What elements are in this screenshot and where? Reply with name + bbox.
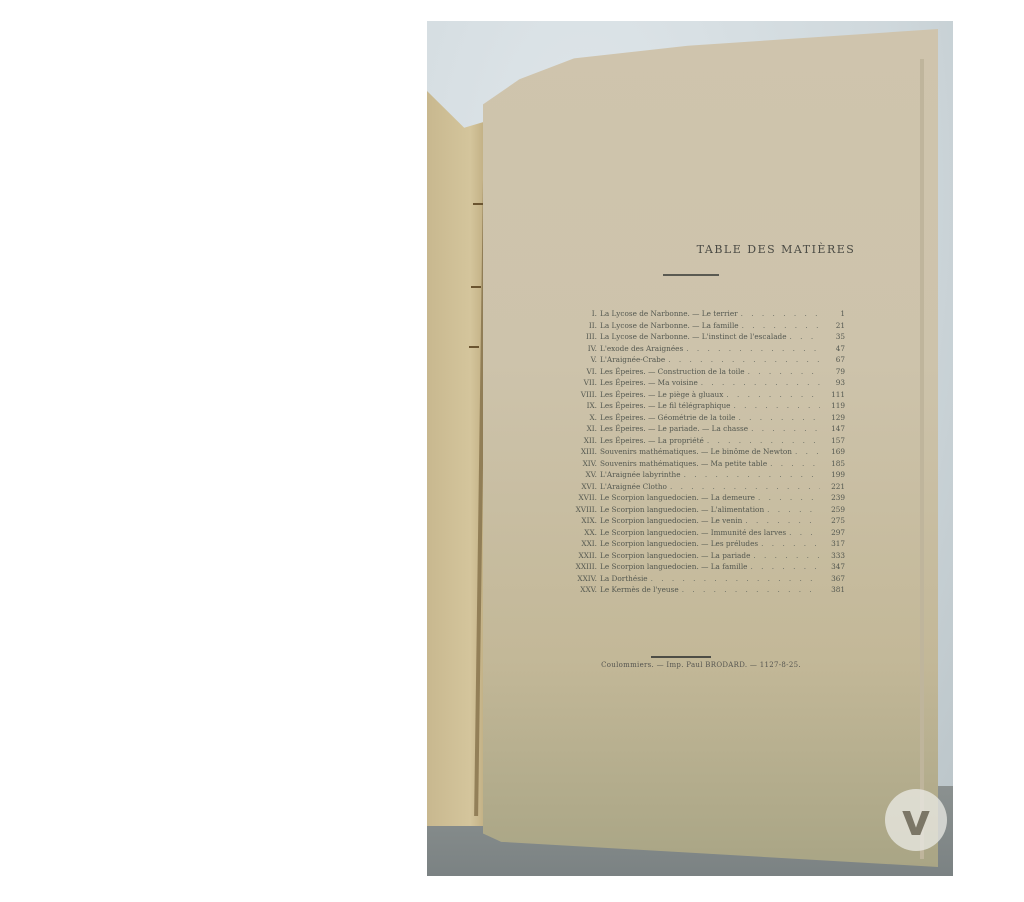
chapter-title: Les Épeires. — Géométrie de la toile [600, 412, 735, 424]
chapter-number: XV. [545, 469, 600, 481]
chapter-number: XVII. [545, 492, 600, 504]
chapter-number: VIII. [545, 389, 600, 401]
page-number: 259 [823, 504, 845, 516]
toc-entry: III.La Lycose de Narbonne. — L'instinct … [545, 331, 845, 343]
chapter-number: XXIII. [545, 561, 600, 573]
chapter-title: Les Épeires. — Le pariade. — La chasse [600, 423, 748, 435]
toc-entry: XXII.Le Scorpion languedocien. — La pari… [545, 550, 845, 562]
chapter-number: VI. [545, 366, 600, 378]
chapter-title: La Lycose de Narbonne. — Le terrier [600, 308, 738, 320]
book-photo: TABLE DES MATIÈRES I.La Lycose de Narbon… [427, 21, 953, 876]
toc-entry: II.La Lycose de Narbonne. — La famille. … [545, 320, 845, 332]
chapter-number: I. [545, 308, 600, 320]
leader-dots: . . . . . . . . . . . . . . . . . . . . … [726, 389, 820, 401]
binding-stitch-icon [473, 203, 483, 205]
leader-dots: . . . . . . . . . . . . . . . . . . . . … [741, 308, 820, 320]
leader-dots: . . . . . . . . . . . . . . . . . . . . … [789, 527, 820, 539]
page-number: 317 [823, 538, 845, 550]
chapter-title: Les Épeires. — La propriété [600, 435, 704, 447]
leader-dots: . . . . . . . . . . . . . . . . . . . . … [767, 504, 820, 516]
leader-dots: . . . . . . . . . . . . . . . . . . . . … [686, 343, 820, 355]
toc-entry: XII.Les Épeires. — La propriété. . . . .… [545, 435, 845, 447]
toc-entry: XX.Le Scorpion languedocien. — Immunité … [545, 527, 845, 539]
leader-dots: . . . . . . . . . . . . . . . . . . . . … [701, 377, 820, 389]
binding-stitch-icon [471, 286, 481, 288]
page-number: 347 [823, 561, 845, 573]
leader-dots: . . . . . . . . . . . . . . . . . . . . … [748, 366, 820, 378]
page-number: 47 [823, 343, 845, 355]
leader-dots: . . . . . . . . . . . . . . . . . . . . … [758, 492, 820, 504]
leader-dots: . . . . . . . . . . . . . . . . . . . . … [753, 550, 820, 562]
chapter-title: Le Scorpion languedocien. — Les préludes [600, 538, 758, 550]
chapter-number: IV. [545, 343, 600, 355]
chapter-title: L'Araignée labyrinthe [600, 469, 681, 481]
leader-dots: . . . . . . . . . . . . . . . . . . . . … [790, 331, 820, 343]
page-number: 93 [823, 377, 845, 389]
leader-dots: . . . . . . . . . . . . . . . . . . . . … [745, 515, 820, 527]
toc-entry: XXIII.Le Scorpion languedocien. — La fam… [545, 561, 845, 573]
toc-entry: VIII.Les Épeires. — Le piège à gluaux. .… [545, 389, 845, 401]
page-number: 35 [823, 331, 845, 343]
chapter-number: II. [545, 320, 600, 332]
chapter-number: XVIII. [545, 504, 600, 516]
toc-entry: XI.Les Épeires. — Le pariade. — La chass… [545, 423, 845, 435]
chapter-title: Le Scorpion languedocien. — La demeure [600, 492, 755, 504]
chapter-number: XXV. [545, 584, 600, 596]
chapter-title: Le Scorpion languedocien. — La pariade [600, 550, 750, 562]
chapter-number: XXIV. [545, 573, 600, 585]
table-of-contents: I.La Lycose de Narbonne. — Le terrier. .… [545, 308, 845, 596]
chapter-title: La Lycose de Narbonne. — La famille [600, 320, 739, 332]
leader-dots: . . . . . . . . . . . . . . . . . . . . … [670, 481, 820, 493]
leader-dots: . . . . . . . . . . . . . . . . . . . . … [751, 561, 820, 573]
chapter-number: IX. [545, 400, 600, 412]
page-number: 199 [823, 469, 845, 481]
leader-dots: . . . . . . . . . . . . . . . . . . . . … [668, 354, 820, 366]
leader-dots: . . . . . . . . . . . . . . . . . . . . … [770, 458, 820, 470]
leader-dots: . . . . . . . . . . . . . . . . . . . . … [738, 412, 820, 424]
toc-entry: XIX.Le Scorpion languedocien. — Le venin… [545, 515, 845, 527]
vivastreet-logo-icon: v [885, 789, 947, 851]
leader-dots: . . . . . . . . . . . . . . . . . . . . … [682, 584, 820, 596]
chapter-title: Souvenirs mathématiques. — Le binôme de … [600, 446, 792, 458]
chapter-number: XXI. [545, 538, 600, 550]
toc-entry: I.La Lycose de Narbonne. — Le terrier. .… [545, 308, 845, 320]
chapter-title: L'Araignée-Crabe [600, 354, 665, 366]
page-number: 381 [823, 584, 845, 596]
chapter-number: XIV. [545, 458, 600, 470]
toc-entry: XIII.Souvenirs mathématiques. — Le binôm… [545, 446, 845, 458]
toc-entry: XVIII.Le Scorpion languedocien. — L'alim… [545, 504, 845, 516]
chapter-title: La Lycose de Narbonne. — L'instinct de l… [600, 331, 787, 343]
chapter-number: XIX. [545, 515, 600, 527]
page-number: 239 [823, 492, 845, 504]
chapter-number: XII. [545, 435, 600, 447]
page-number: 147 [823, 423, 845, 435]
chapter-title: La Dorthésie [600, 573, 648, 585]
toc-entry: XXIV.La Dorthésie. . . . . . . . . . . .… [545, 573, 845, 585]
chapter-title: Souvenirs mathématiques. — Ma petite tab… [600, 458, 767, 470]
page-title: TABLE DES MATIÈRES [611, 243, 941, 256]
chapter-number: XIII. [545, 446, 600, 458]
chapter-number: III. [545, 331, 600, 343]
title-divider [663, 274, 719, 276]
leader-dots: . . . . . . . . . . . . . . . . . . . . … [651, 573, 820, 585]
leader-dots: . . . . . . . . . . . . . . . . . . . . … [707, 435, 820, 447]
chapter-title: Les Épeires. — Le piège à gluaux [600, 389, 723, 401]
page-number: 169 [823, 446, 845, 458]
page-number: 67 [823, 354, 845, 366]
chapter-number: X. [545, 412, 600, 424]
chapter-number: XXII. [545, 550, 600, 562]
printer-colophon: Coulommiers. — Imp. Paul BRODARD. — 1127… [571, 661, 831, 669]
chapter-title: Le Scorpion languedocien. — L'alimentati… [600, 504, 764, 516]
toc-entry: XXI.Le Scorpion languedocien. — Les prél… [545, 538, 845, 550]
page-number: 111 [823, 389, 845, 401]
toc-entry: IX.Les Épeires. — Le fil télégraphique. … [545, 400, 845, 412]
footer-divider [651, 656, 711, 658]
page-number: 367 [823, 573, 845, 585]
page-number: 275 [823, 515, 845, 527]
toc-entry: V.L'Araignée-Crabe. . . . . . . . . . . … [545, 354, 845, 366]
leader-dots: . . . . . . . . . . . . . . . . . . . . … [795, 446, 820, 458]
binding-stitch-icon [469, 346, 479, 348]
chapter-title: Le Scorpion languedocien. — Immunité des… [600, 527, 786, 539]
toc-entry: XVII.Le Scorpion languedocien. — La deme… [545, 492, 845, 504]
page-number: 21 [823, 320, 845, 332]
chapter-title: Les Épeires. — Le fil télégraphique [600, 400, 731, 412]
chapter-title: Le Scorpion languedocien. — La famille [600, 561, 748, 573]
page-number: 79 [823, 366, 845, 378]
chapter-title: Les Épeires. — Ma voisine [600, 377, 698, 389]
right-page: TABLE DES MATIÈRES I.La Lycose de Narbon… [483, 29, 938, 867]
toc-entry: IV.L'exode des Araignées. . . . . . . . … [545, 343, 845, 355]
toc-entry: VI.Les Épeires. — Construction de la toi… [545, 366, 845, 378]
toc-entry: XV.L'Araignée labyrinthe. . . . . . . . … [545, 469, 845, 481]
page-number: 333 [823, 550, 845, 562]
leader-dots: . . . . . . . . . . . . . . . . . . . . … [734, 400, 821, 412]
chapter-title: Le Scorpion languedocien. — Le venin [600, 515, 742, 527]
toc-entry: XIV.Souvenirs mathématiques. — Ma petite… [545, 458, 845, 470]
page-number: 1 [823, 308, 845, 320]
chapter-number: XX. [545, 527, 600, 539]
chapter-title: L'exode des Araignées [600, 343, 683, 355]
page-number: 185 [823, 458, 845, 470]
chapter-number: XVI. [545, 481, 600, 493]
toc-entry: VII.Les Épeires. — Ma voisine. . . . . .… [545, 377, 845, 389]
page-number: 119 [823, 400, 845, 412]
leader-dots: . . . . . . . . . . . . . . . . . . . . … [751, 423, 820, 435]
toc-entry: XVI.L'Araignée Clotho. . . . . . . . . .… [545, 481, 845, 493]
chapter-title: Les Épeires. — Construction de la toile [600, 366, 745, 378]
leader-dots: . . . . . . . . . . . . . . . . . . . . … [761, 538, 820, 550]
chapter-number: XI. [545, 423, 600, 435]
chapter-number: VII. [545, 377, 600, 389]
chapter-title: Le Kermès de l'yeuse [600, 584, 679, 596]
toc-entry: X.Les Épeires. — Géométrie de la toile. … [545, 412, 845, 424]
leader-dots: . . . . . . . . . . . . . . . . . . . . … [742, 320, 820, 332]
page-number: 221 [823, 481, 845, 493]
page-number: 129 [823, 412, 845, 424]
page-edge [920, 59, 924, 859]
page-number: 297 [823, 527, 845, 539]
chapter-title: L'Araignée Clotho [600, 481, 667, 493]
toc-entry: XXV.Le Kermès de l'yeuse. . . . . . . . … [545, 584, 845, 596]
leader-dots: . . . . . . . . . . . . . . . . . . . . … [684, 469, 820, 481]
chapter-number: V. [545, 354, 600, 366]
page-number: 157 [823, 435, 845, 447]
